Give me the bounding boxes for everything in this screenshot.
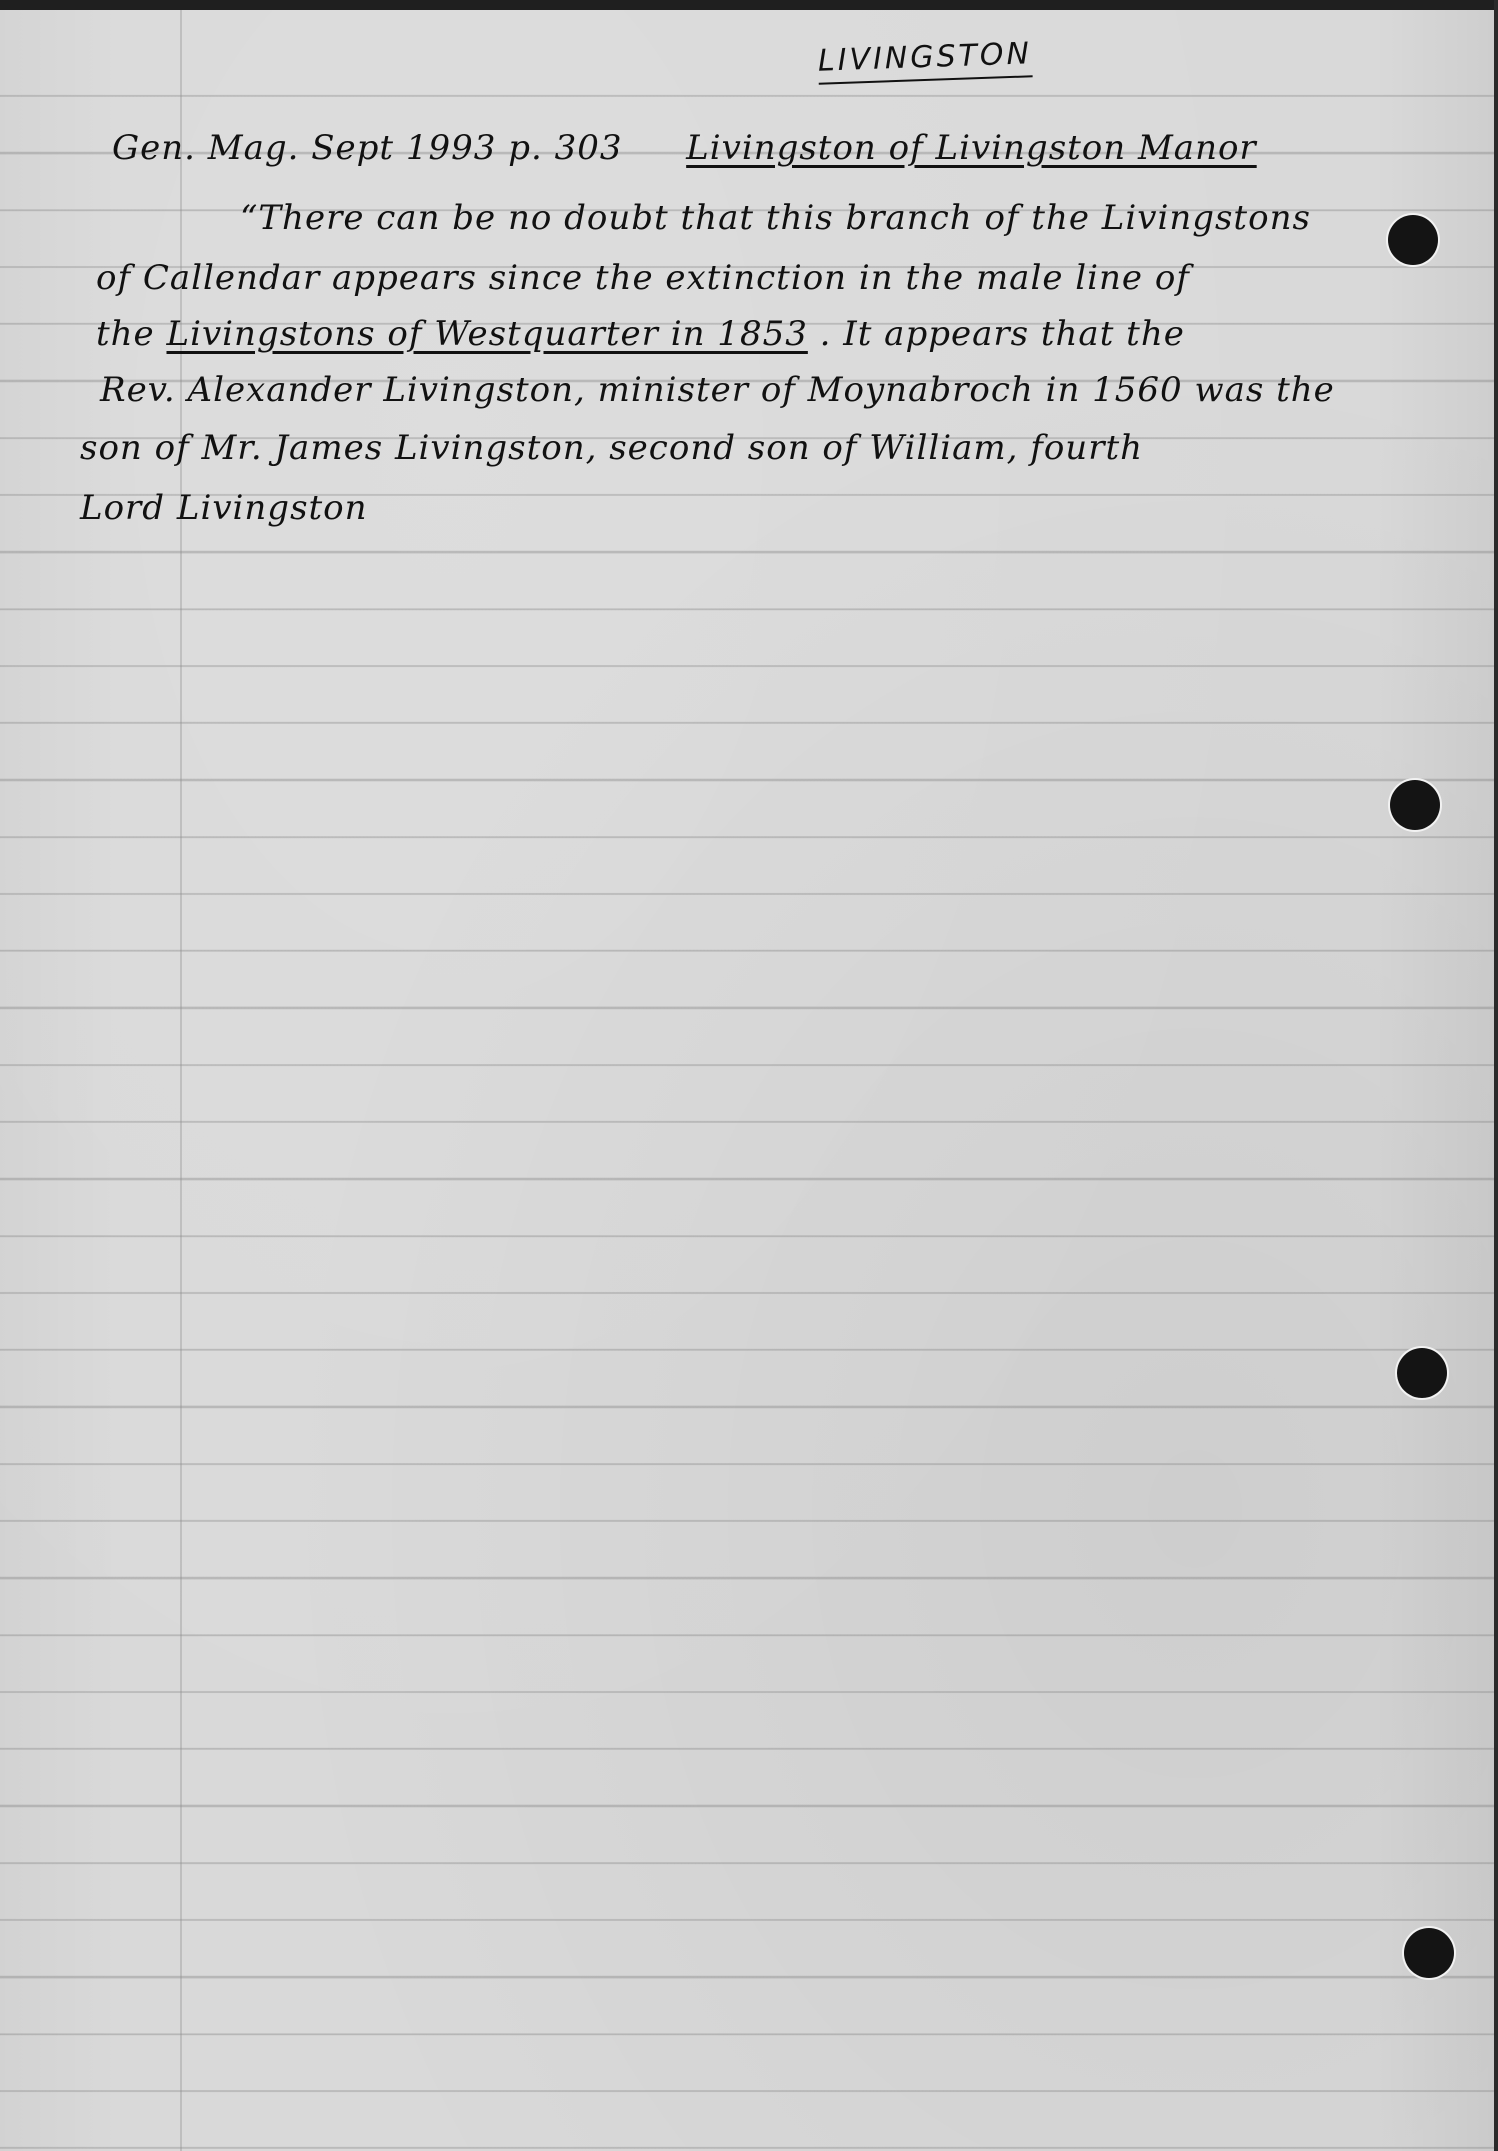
quote-line-2: of Callendar appears since the extinctio… [96, 258, 1190, 298]
punch-hole-icon [1388, 215, 1438, 265]
quote-line-3: the Livingstons of Westquarter in 1853 .… [96, 314, 1185, 354]
quote-line-1: “There can be no doubt that this branch … [240, 198, 1311, 238]
quote-line-3-prefix: the [96, 314, 167, 354]
punch-hole-icon [1404, 1928, 1454, 1978]
quote-line-3-suffix: . It appears that the [808, 314, 1185, 354]
scanner-top-border [0, 0, 1498, 10]
quote-line-6: Lord Livingston [80, 488, 368, 528]
punch-hole-icon [1390, 780, 1440, 830]
scanner-right-border [1494, 0, 1498, 2151]
quote-line-4: Rev. Alexander Livingston, minister of M… [100, 370, 1335, 410]
source-citation: Gen. Mag. Sept 1993 p. 303 [112, 128, 623, 168]
punch-hole-icon [1397, 1348, 1447, 1398]
source-citation-line: Gen. Mag. Sept 1993 p. 303 Livingston of… [112, 128, 1257, 168]
quote-line-3-underlined: Livingstons of Westquarter in 1853 [167, 314, 808, 354]
ruled-paper-sheet: LIVINGSTON Gen. Mag. Sept 1993 p. 303 Li… [0, 10, 1494, 2151]
article-title: Livingston of Livingston Manor [686, 128, 1257, 168]
page-heading: LIVINGSTON [817, 36, 1032, 84]
quote-line-5: son of Mr. James Livingston, second son … [80, 428, 1143, 468]
